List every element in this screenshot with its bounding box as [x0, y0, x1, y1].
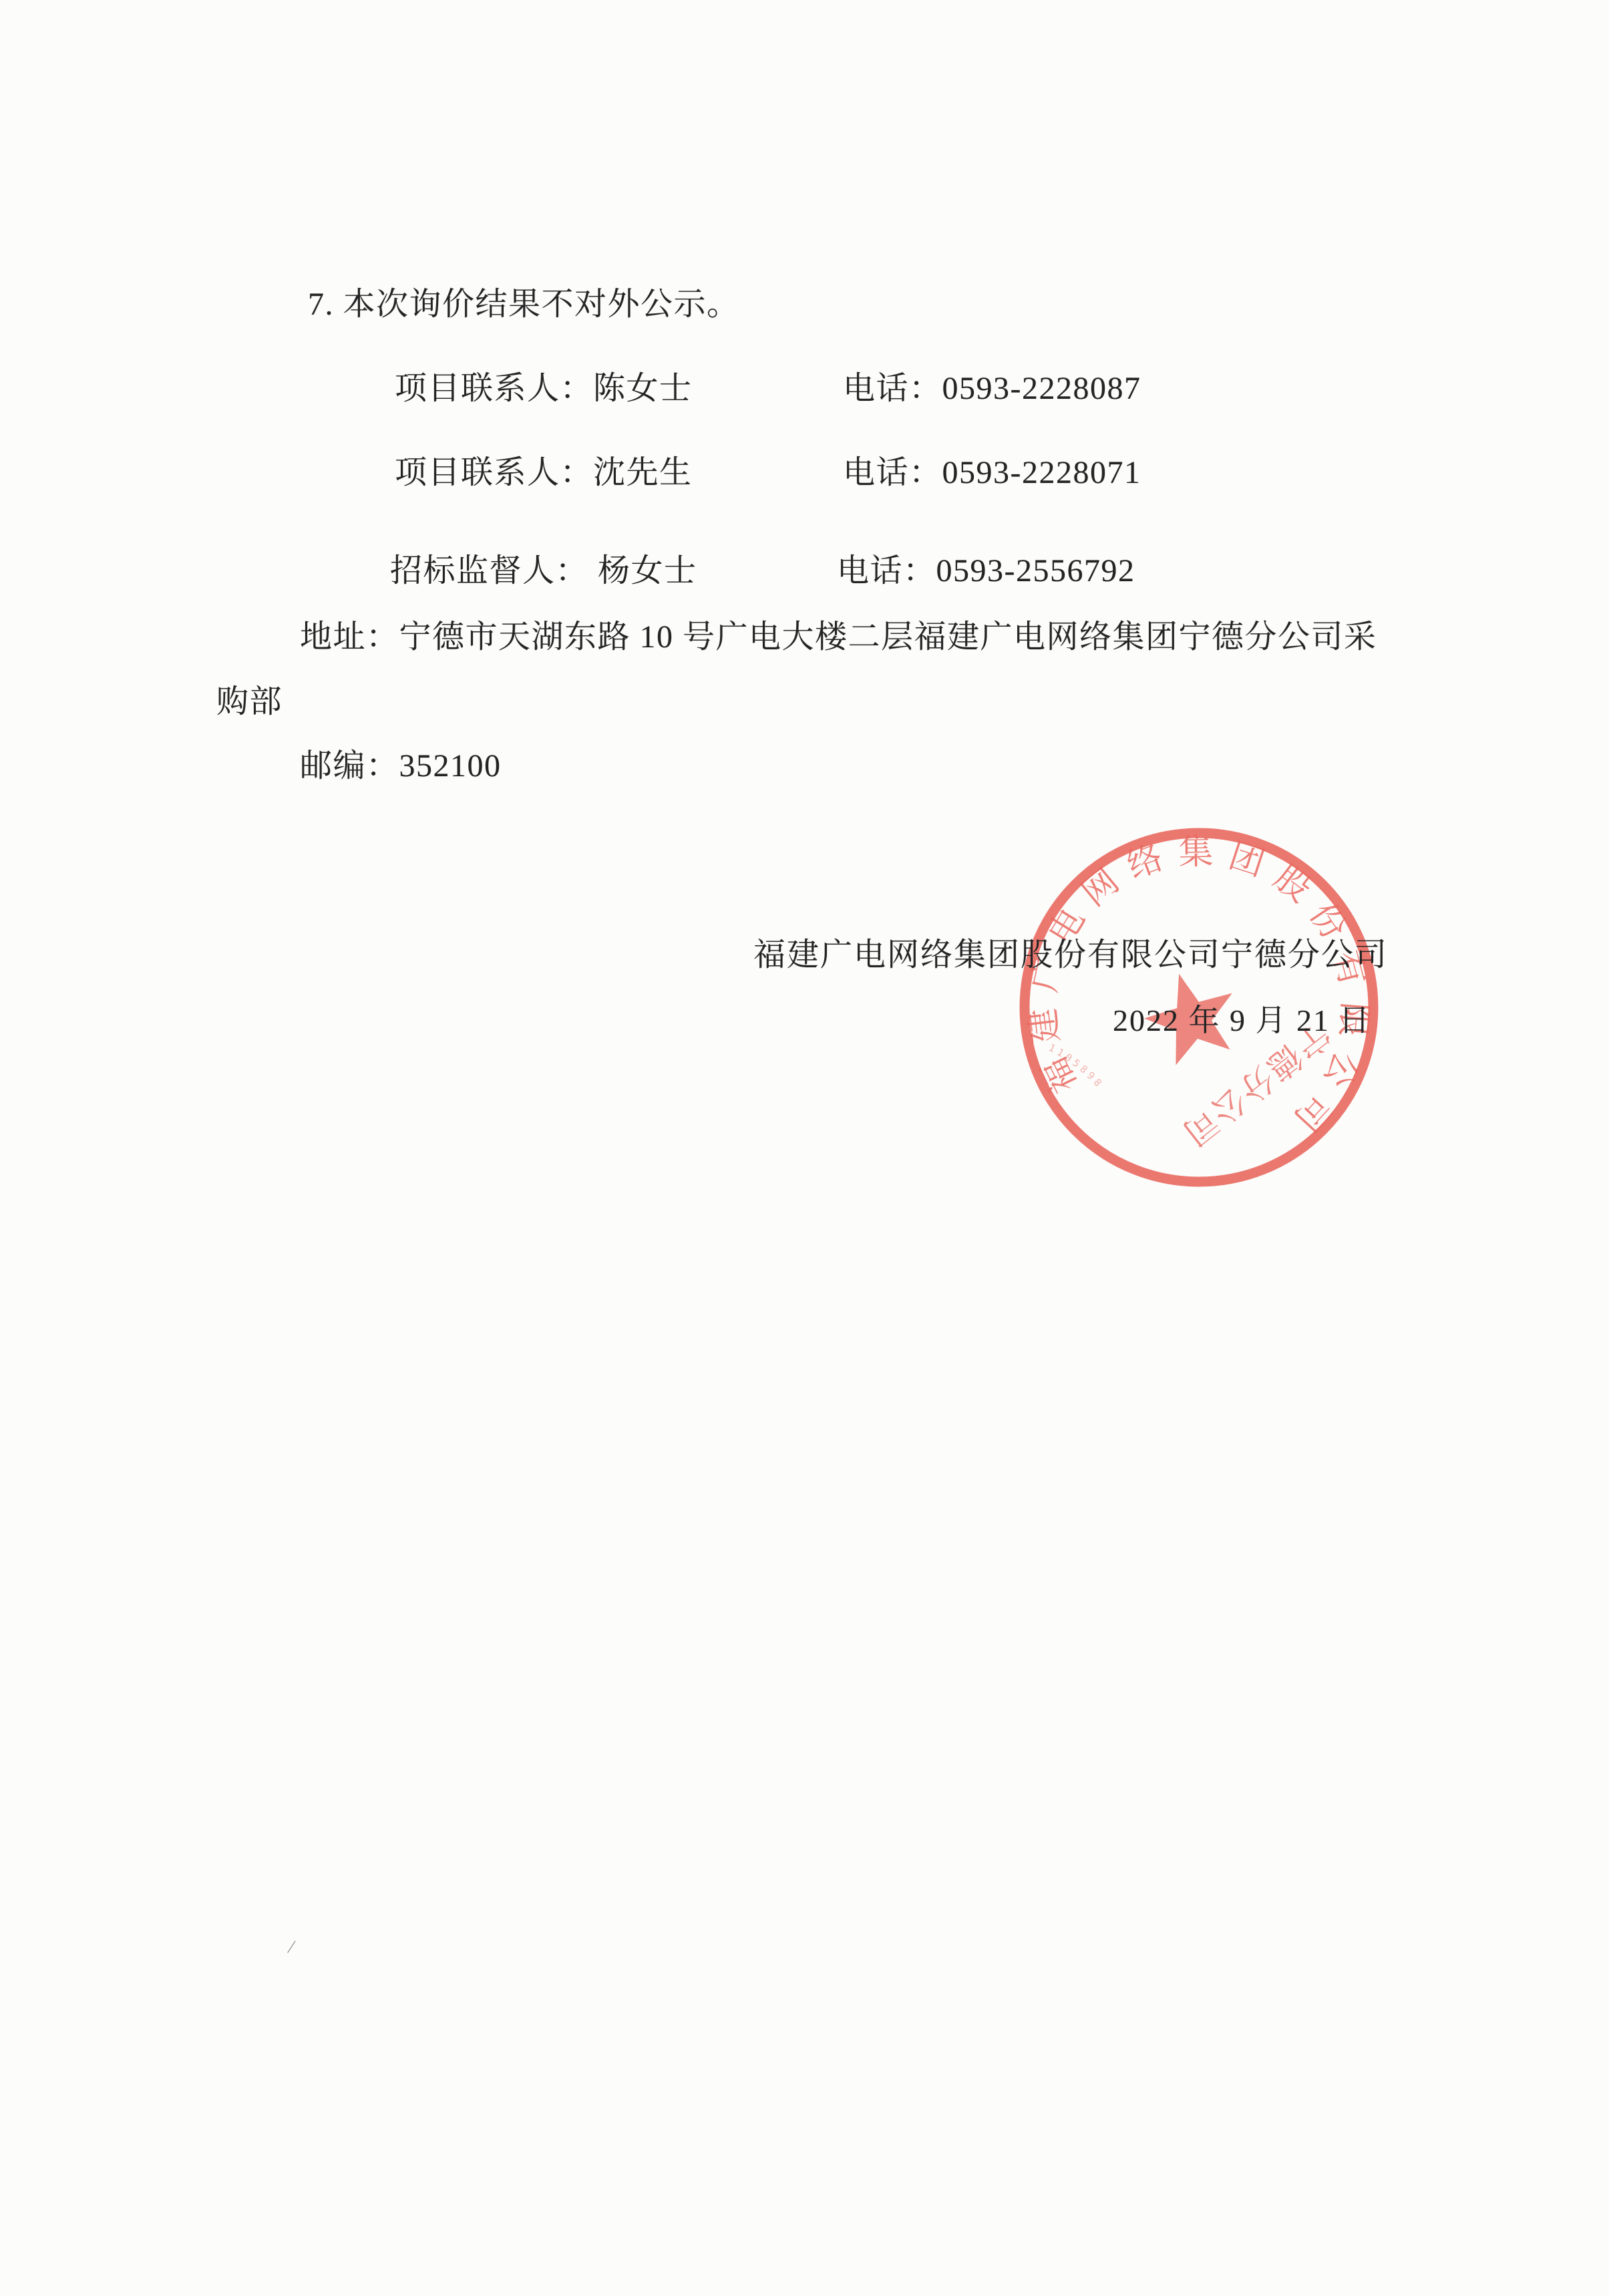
contact-person: 杨女士 — [598, 553, 697, 589]
contact-role-label: 项目联系人： — [395, 371, 593, 406]
contact-row: 项目联系人：沈先生 — [395, 456, 693, 490]
phone-number: 0593-2556792 — [936, 553, 1135, 589]
phone-label: 电话： — [837, 553, 936, 589]
contact-person: 沈先生 — [593, 455, 693, 490]
signature-company-name: 福建广电网络集团股份有限公司宁德分公司 — [753, 939, 1388, 972]
contact-person: 陈女士 — [593, 371, 693, 406]
contact-row: 项目联系人：陈女士 — [395, 372, 693, 405]
phone-number: 0593-2228071 — [942, 455, 1141, 490]
phone-label: 电话： — [843, 371, 942, 406]
contact-role-label: 招标监督人： — [390, 553, 588, 589]
signature-date: 2022 年 9 月 21 日 — [1113, 1005, 1371, 1037]
scan-artifact-speck: / — [286, 1935, 297, 1959]
phone-number: 0593-2228087 — [942, 371, 1141, 406]
contact-phone: 电话：0593-2228071 — [843, 456, 1141, 490]
address-line-1: 地址：宁德市天湖东路 10 号广电大楼二层福建广电网络集团宁德分公司采 — [300, 621, 1377, 654]
address-line-2: 购部 — [216, 685, 283, 719]
scanned-document-page: 福建广电网络集团股份有限公司 宁德分公司 1105898 7. 本次询价结果不对… — [0, 0, 1609, 2296]
postal-code-line: 邮编：352100 — [300, 750, 502, 783]
contact-phone: 电话：0593-2228087 — [843, 372, 1141, 405]
contact-phone: 电话：0593-2556792 — [837, 554, 1135, 588]
phone-label: 电话： — [843, 455, 942, 490]
contact-row: 招标监督人：杨女士 — [390, 554, 697, 588]
notice-line: 7. 本次询价结果不对外公示。 — [308, 288, 740, 321]
contact-role-label: 项目联系人： — [395, 455, 593, 490]
